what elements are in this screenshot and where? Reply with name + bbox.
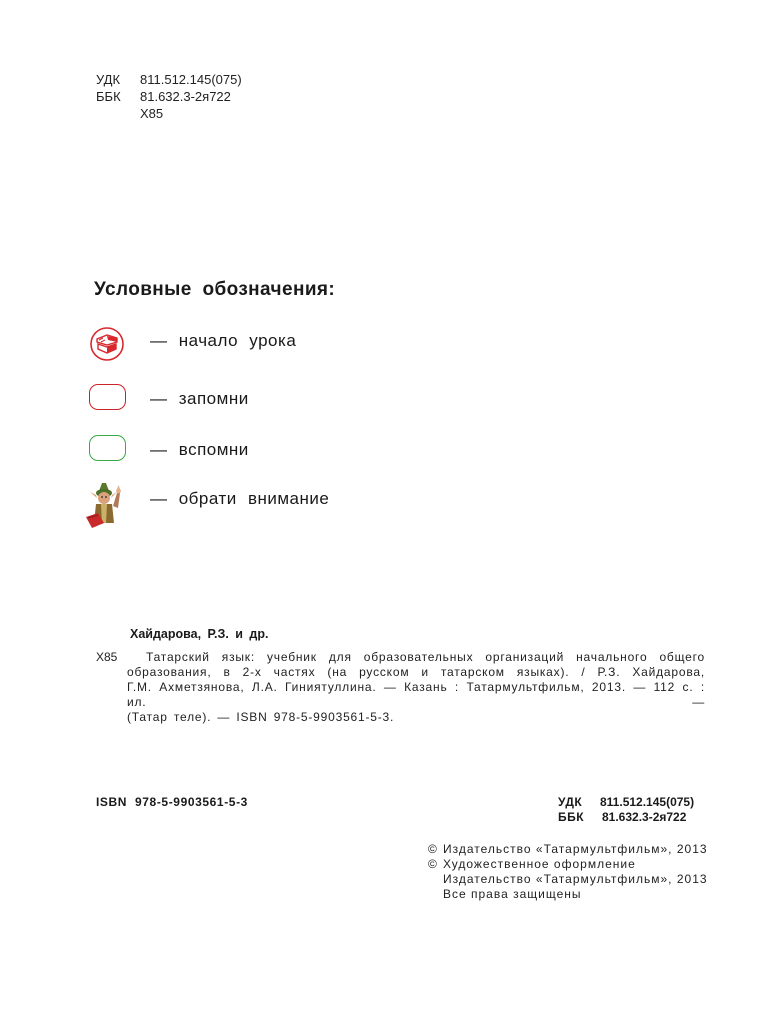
copyright-row-1: ©Издательство «Татармультфильм», 2013	[428, 842, 708, 857]
udk-label: УДК	[96, 71, 140, 88]
biblio-line-1: Татарский язык: учебник для образователь…	[127, 650, 705, 665]
bbk-bottom-label: ББК	[558, 810, 600, 825]
bbk-label: ББК	[96, 88, 140, 105]
red-frame-icon	[89, 384, 126, 410]
copyright-line-3: Издательство «Татармультфильм», 2013	[428, 872, 708, 887]
copyright-icon: ©	[428, 842, 443, 857]
udk-value: 811.512.145(075)	[140, 72, 242, 87]
copyright-line-2: Художественное оформление	[443, 857, 636, 871]
bbk-value: 81.632.3-2я722	[140, 89, 231, 104]
biblio-line-2: образования, в 2-х частях (на русском и …	[127, 665, 705, 680]
copyright-icon: ©	[428, 857, 443, 872]
copyright-line-1: Издательство «Татармультфильм», 2013	[443, 842, 708, 856]
legend-item-remember: — запомни	[84, 382, 404, 422]
legend-text-remember: — запомни	[150, 389, 249, 409]
legend-title: Условные обозначения:	[94, 279, 335, 301]
legend-item-recall: — вспомни	[84, 433, 404, 473]
bbk-bottom-value: 81.632.3-2я722	[600, 810, 686, 824]
copyright-block: ©Издательство «Татармультфильм», 2013 ©Х…	[428, 842, 708, 902]
biblio-description: Татарский язык: учебник для образователь…	[127, 650, 705, 725]
copyright-line-4: Все права защищены	[428, 887, 708, 902]
green-frame-icon	[89, 435, 126, 461]
udk-top-row: УДК811.512.145(075)	[96, 71, 242, 88]
legend-text-attention: — обрати внимание	[150, 489, 329, 509]
legend-text-recall: — вспомни	[150, 440, 249, 460]
legend-item-lesson-start: — начало урока	[84, 324, 404, 364]
biblio-line-4: (Татар теле). — ISBN 978-5-9903561-5-3.	[127, 710, 705, 725]
author-mark-row: Х85	[96, 105, 163, 122]
author-mark: Х85	[140, 106, 163, 121]
legend-item-attention: — обрати внимание	[84, 481, 404, 521]
biblio-line-3: Г.М. Ахметзянова, Л.А. Гиниятуллина. — К…	[127, 680, 705, 710]
bbk-top-row: ББК81.632.3-2я722	[96, 88, 231, 105]
biblio-code: Х85	[96, 650, 117, 664]
author-heading: Хайдарова, Р.З. и др.	[130, 627, 268, 641]
udk-bottom-label: УДК	[558, 795, 600, 810]
udk-bottom-row: УДК811.512.145(075)	[558, 795, 694, 810]
elf-character-icon	[84, 481, 126, 529]
bbk-bottom-row: ББК81.632.3-2я722	[558, 810, 686, 825]
legend-text-lesson-start: — начало урока	[150, 331, 296, 351]
lesson-start-icon	[89, 326, 125, 362]
copyright-row-2: ©Художественное оформление	[428, 857, 708, 872]
isbn: ISBN 978-5-9903561-5-3	[96, 795, 248, 809]
udk-bottom-value: 811.512.145(075)	[600, 795, 694, 809]
